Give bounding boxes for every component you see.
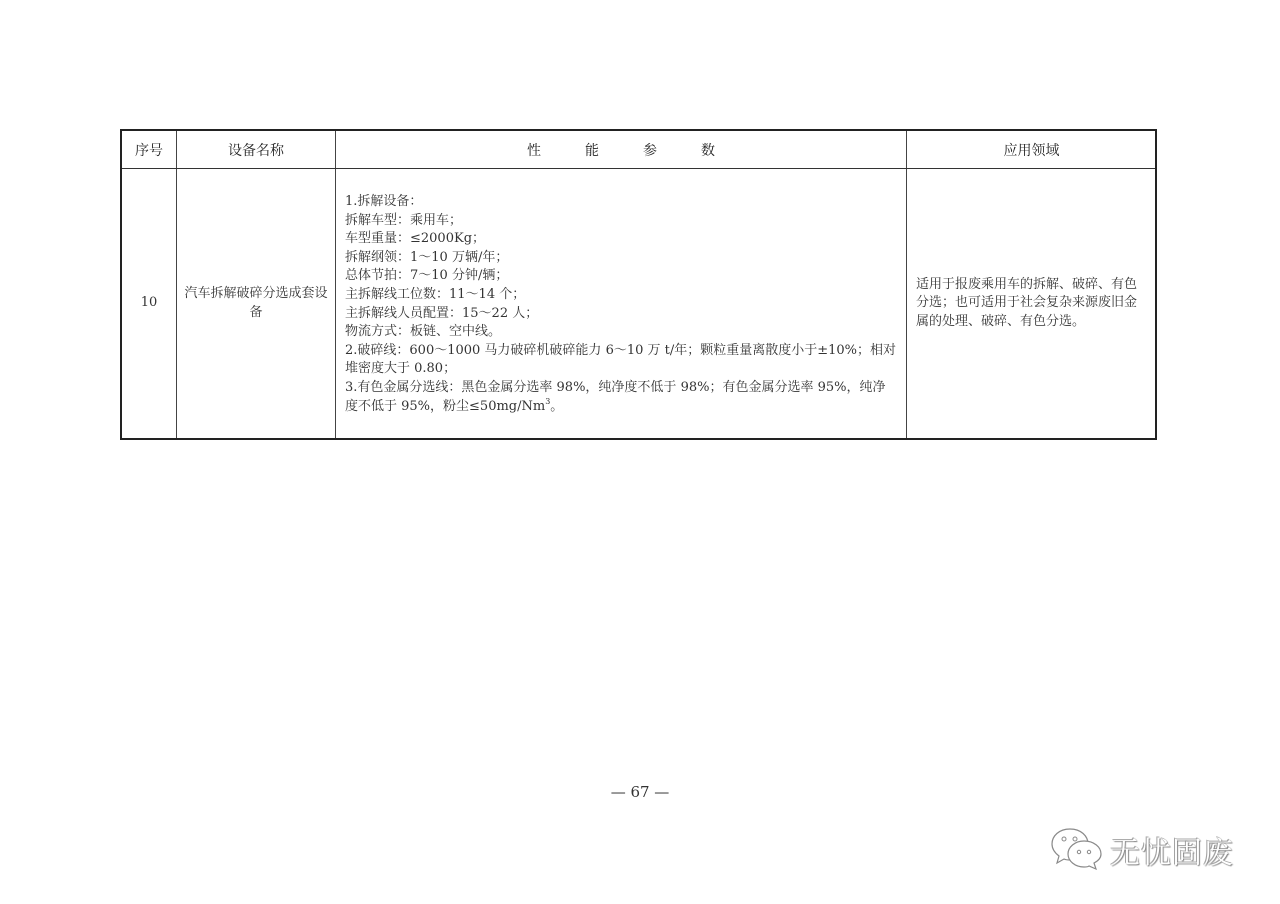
perf-line: 车型重量：≤2000Kg； xyxy=(345,230,898,249)
page-number: — 67 — xyxy=(0,783,1280,801)
watermark: 无忧固废 xyxy=(1050,826,1234,874)
header-performance-char: 能 xyxy=(585,140,599,160)
wechat-icon xyxy=(1050,826,1104,874)
header-performance: 性能参数 xyxy=(336,130,907,169)
perf-line: 主拆解线人员配置：15～22 人； xyxy=(345,305,898,324)
row-no: 10 xyxy=(121,169,177,440)
table-row: 10 汽车拆解破碎分选成套设备 1.拆解设备： 拆解车型：乘用车； 车型重量：≤… xyxy=(121,169,1156,440)
row-performance: 1.拆解设备： 拆解车型：乘用车； 车型重量：≤2000Kg； 拆解纲领：1～1… xyxy=(336,169,907,440)
header-no: 序号 xyxy=(121,130,177,169)
perf-line: 总体节拍：7～10 分钟/辆； xyxy=(345,267,898,286)
perf-line: 主拆解线工位数：11～14 个； xyxy=(345,286,898,305)
perf-text: 。 xyxy=(550,399,563,414)
row-application: 适用于报废乘用车的拆解、破碎、有色分选；也可适用于社会复杂来源废旧金属的处理、破… xyxy=(907,169,1157,440)
header-application: 应用领域 xyxy=(907,130,1157,169)
header-performance-char: 数 xyxy=(701,140,715,160)
perf-line: 物流方式：板链、空中线。 xyxy=(345,323,898,342)
watermark-text: 无忧固废 xyxy=(1110,828,1234,872)
perf-text: 3.有色金属分选线：黑色金属分选率 98%，纯净度不低于 98%；有色金属分选率… xyxy=(345,380,885,414)
header-equipment-name: 设备名称 xyxy=(177,130,336,169)
equipment-spec-table: 序号 设备名称 性能参数 应用领域 10 汽车拆解破碎分选成套设备 1.拆解设备… xyxy=(120,129,1157,440)
table-header-row: 序号 设备名称 性能参数 应用领域 xyxy=(121,130,1156,169)
perf-line: 2.破碎线：600～1000 马力破碎机破碎能力 6～10 万 t/年；颗粒重量… xyxy=(345,342,898,379)
perf-line: 拆解纲领：1～10 万辆/年； xyxy=(345,249,898,268)
perf-line: 拆解车型：乘用车； xyxy=(345,212,898,231)
perf-line: 3.有色金属分选线：黑色金属分选率 98%，纯净度不低于 98%；有色金属分选率… xyxy=(345,379,898,416)
header-performance-char: 参 xyxy=(643,140,657,160)
perf-line: 1.拆解设备： xyxy=(345,193,898,212)
row-equipment-name: 汽车拆解破碎分选成套设备 xyxy=(177,169,336,440)
header-performance-char: 性 xyxy=(527,140,541,160)
